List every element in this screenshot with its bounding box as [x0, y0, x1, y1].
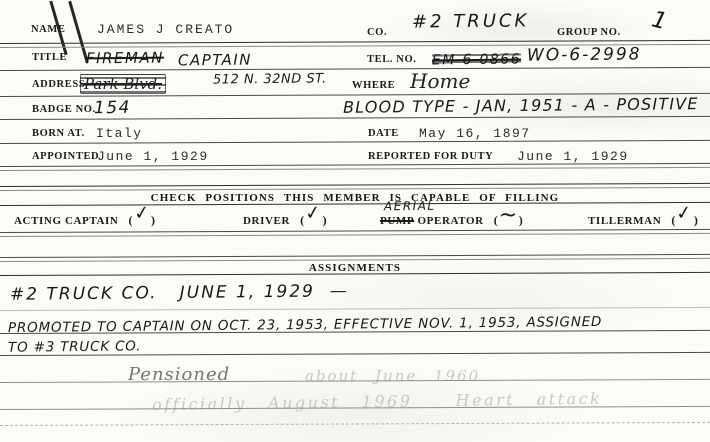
paren-open: (: [494, 213, 498, 227]
group-no-label: GROUP NO.: [557, 27, 621, 38]
where-value: Home: [410, 69, 470, 93]
position-label: DRIVER: [243, 215, 290, 227]
position-pump-operator: AERIAL PUMP OPERATOR (~): [380, 213, 523, 228]
checkmark: ✓: [305, 212, 321, 214]
checkmark: ✓: [676, 212, 692, 214]
rule-line: [0, 67, 710, 71]
title-value: CAPTAIN: [178, 51, 252, 70]
position-label: TILLERMAN: [588, 215, 661, 227]
paren-open: (: [300, 213, 304, 227]
paren-close: ): [519, 213, 523, 227]
badge-no-value: 154: [94, 98, 131, 118]
title-label: TITLE: [32, 52, 67, 63]
tel-no-struck-value: EM-6-0866: [432, 52, 521, 69]
paren-close: ): [323, 213, 327, 227]
reported-for-duty-label: REPORTED FOR DUTY: [368, 151, 493, 162]
pencil-note-faint: officially August 1969 Heart attack: [152, 389, 603, 414]
title-struck-value: FIREMAN: [86, 49, 164, 68]
rule-line: [0, 254, 710, 262]
rule-line: [0, 163, 710, 171]
born-at-label: BORN AT.: [32, 128, 85, 139]
address-struck-value: Park Blvd.: [80, 74, 166, 94]
paren-open: (: [129, 213, 133, 227]
position-acting-captain: ACTING CAPTAIN (✓): [14, 213, 155, 228]
appointed-value: June 1, 1929: [97, 149, 209, 164]
company-value: #2 TRUCK: [412, 10, 530, 32]
blood-type-value: BLOOD TYPE - JAN, 1951 - A - POSITIVE: [343, 94, 699, 117]
position-driver: DRIVER (✓): [243, 213, 327, 228]
rule-line: [0, 229, 710, 237]
pencil-note-faint: about June 1960: [305, 367, 480, 385]
date-label: DATE: [368, 128, 399, 139]
where-label: WHERE: [352, 80, 395, 91]
reported-for-duty-value: June 1, 1929: [517, 149, 629, 164]
name-label: NAME: [31, 24, 65, 35]
group-no-value: 1: [649, 6, 671, 35]
checkmark: ✓: [134, 212, 150, 214]
tel-no-label: TEL. NO.: [367, 54, 416, 65]
assignment-entry: TO #3 TRUCK CO.: [8, 338, 141, 355]
born-at-value: Italy: [96, 126, 143, 141]
position-label: ACTING CAPTAIN: [14, 215, 118, 227]
rule-line: [0, 307, 710, 311]
rule-line: [0, 183, 710, 191]
paren-open: (: [671, 213, 675, 227]
rule-line: [0, 422, 710, 426]
address-label: ADDRESS: [32, 79, 85, 90]
name-value: JAMES J CREATO: [97, 22, 234, 37]
badge-no-label: BADGE NO.: [32, 104, 96, 115]
position-handwritten-correction: AERIAL: [384, 199, 436, 214]
assignment-entry: #2 TRUCK CO. JUNE 1, 1929 —: [10, 281, 349, 305]
personnel-record-card: NAME JAMES J CREATO CO. #2 TRUCK GROUP N…: [0, 0, 710, 442]
position-tillerman: TILLERMAN (✓): [588, 213, 698, 228]
position-struck-word: PUMP: [380, 215, 414, 227]
address-value: 512 N. 32ND ST.: [213, 71, 327, 87]
date-value: May 16, 1897: [419, 126, 531, 141]
tel-no-value: WO-6-2998: [527, 44, 642, 65]
paren-close: ): [694, 213, 698, 227]
company-label: CO.: [367, 27, 387, 38]
position-label: OPERATOR: [418, 215, 484, 227]
appointed-label: APPOINTED: [32, 151, 99, 162]
